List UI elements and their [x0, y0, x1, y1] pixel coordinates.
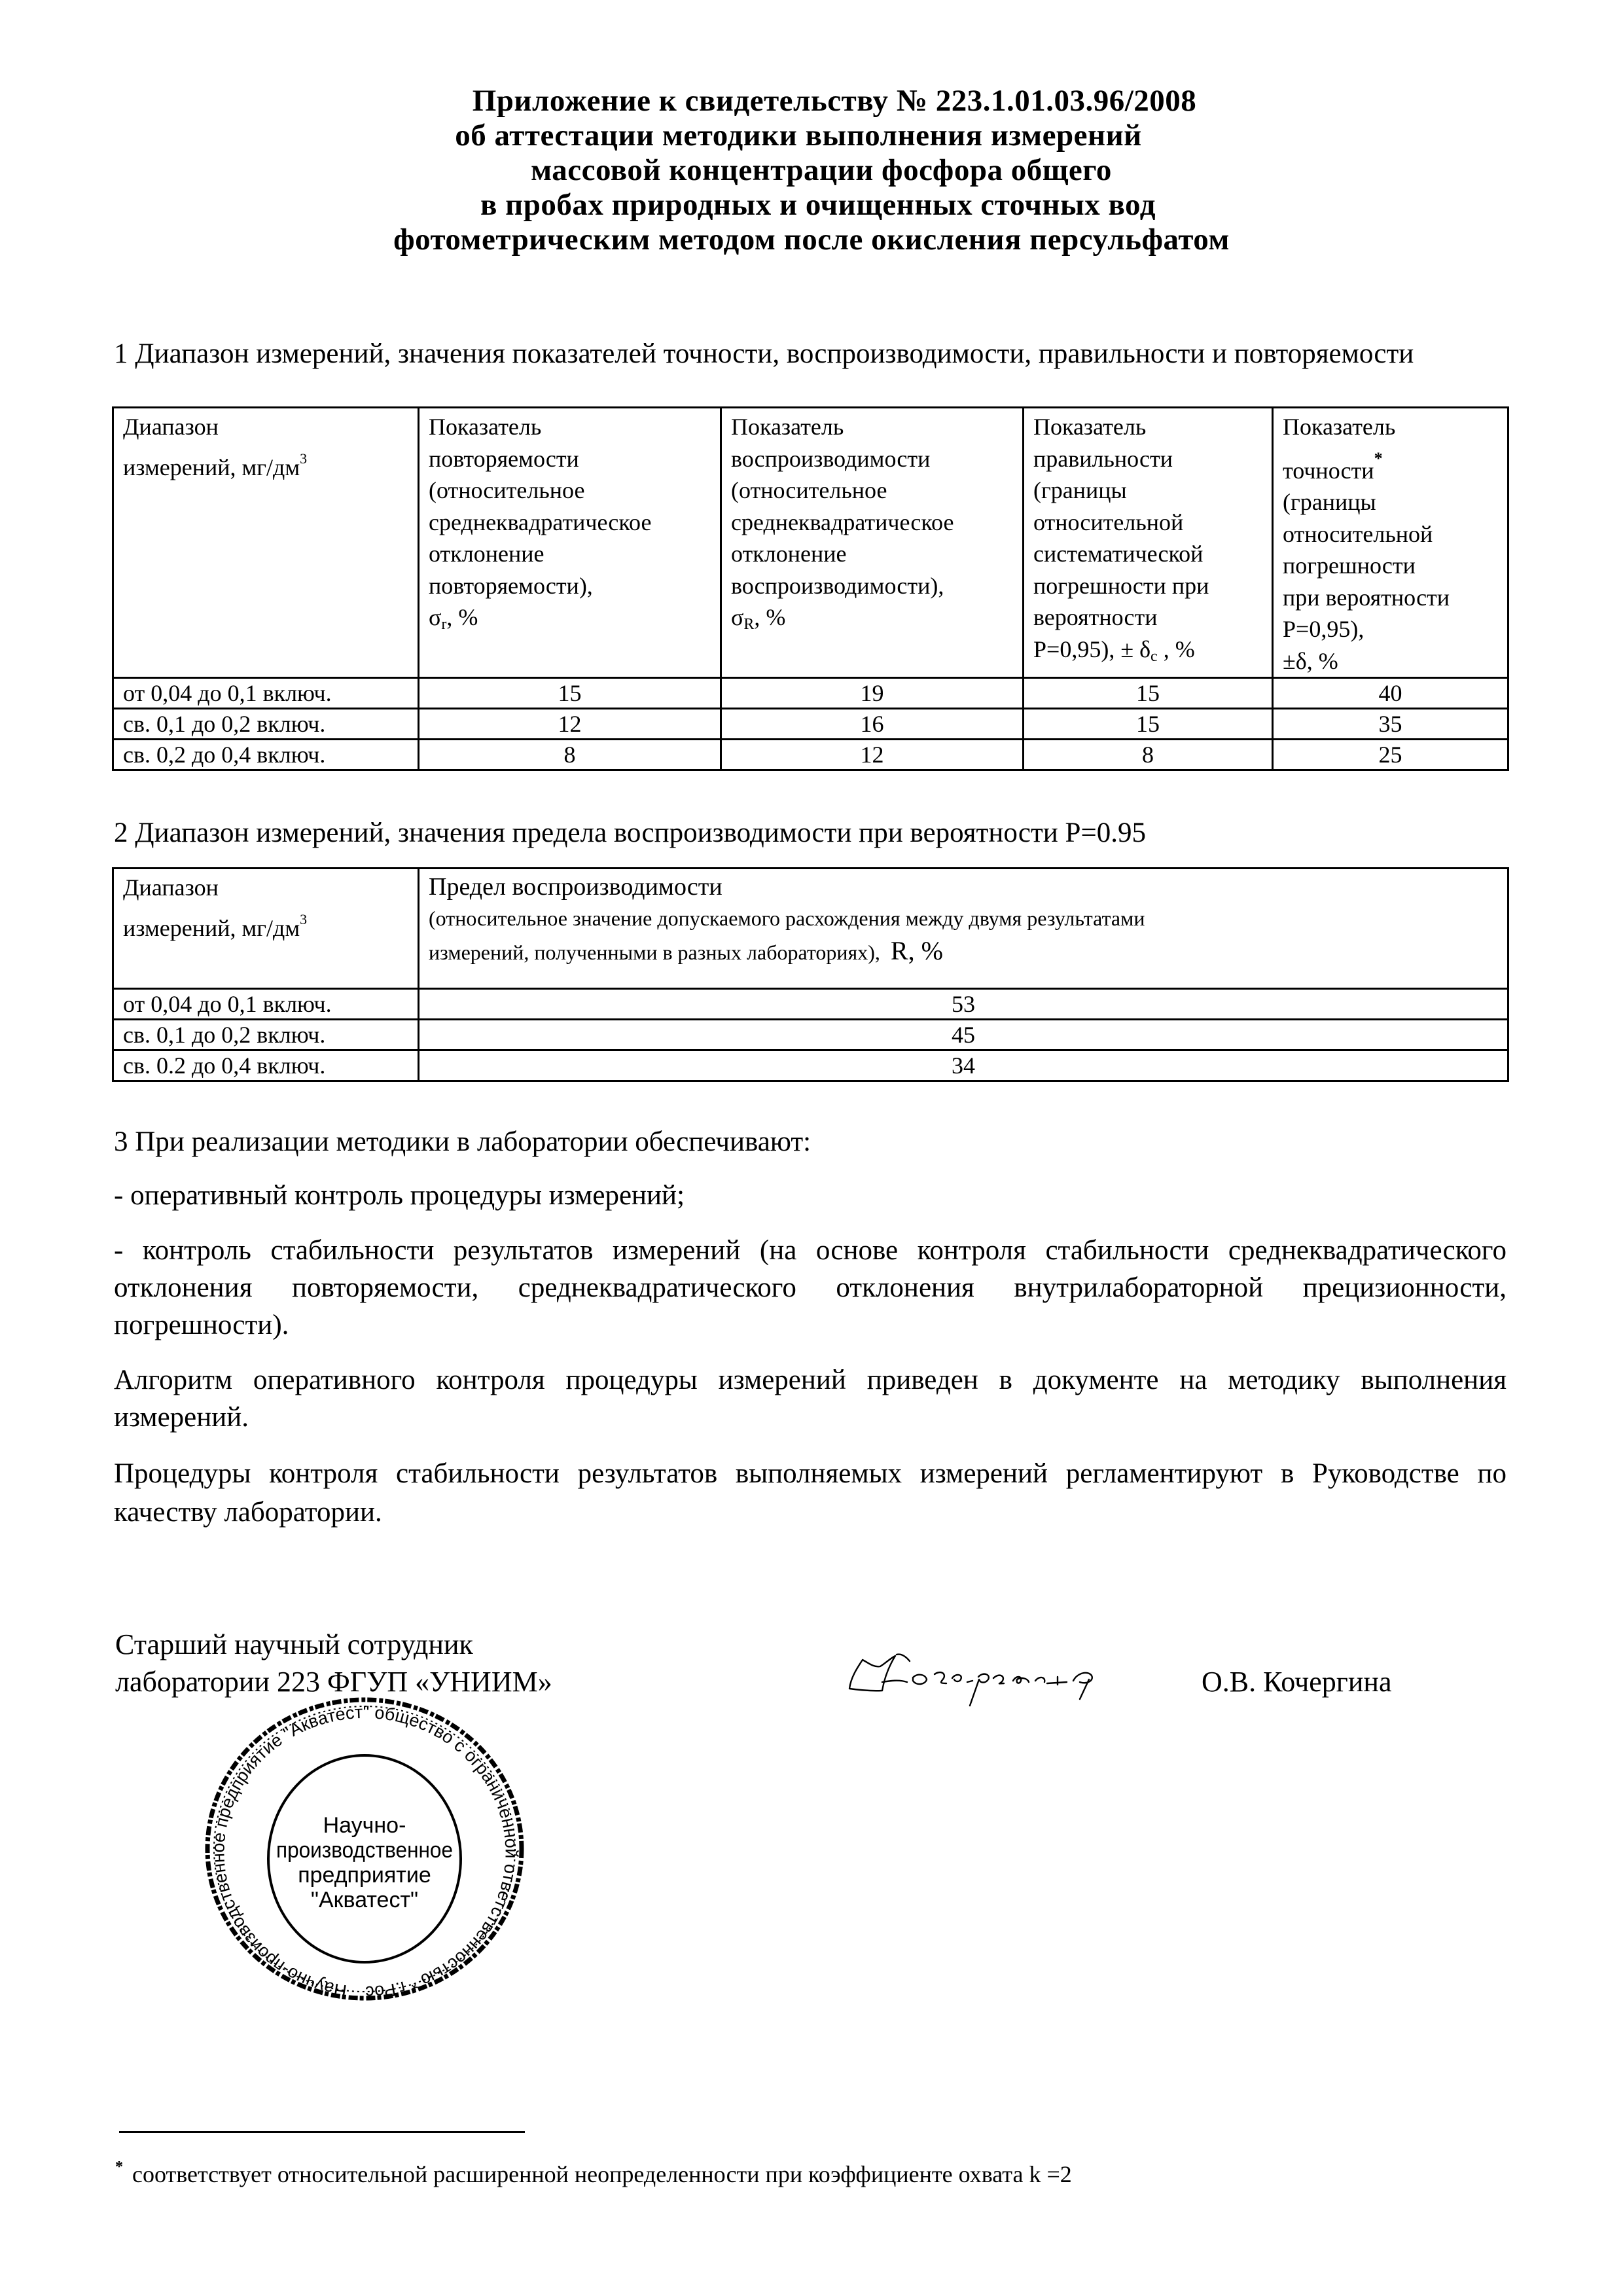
- bullet-operational-control: - оперативный контроль процедуры измерен…: [114, 1178, 1507, 1213]
- header-line: отклонение: [429, 538, 720, 570]
- signer-position: Старший научный сотрудник лаборатории 22…: [115, 1626, 552, 1700]
- limit-title: Предел воспроизводимости: [429, 872, 1507, 902]
- header-line: (границы: [1033, 475, 1272, 507]
- title-line-2: об аттестации методики выполнения измере…: [0, 118, 1623, 153]
- footnote: *соответствует относительной расширенной…: [115, 2152, 1072, 2189]
- document-title: Приложение к свидетельству № 223.1.01.03…: [0, 84, 1623, 257]
- footnote-text: соответствует относительной расширенной …: [132, 2161, 1072, 2187]
- header-line: отклонение: [731, 538, 1022, 570]
- reproducibility-limit-table: Диапазон измерений, мг/дм3 Предел воспро…: [112, 867, 1509, 1082]
- range-cell: св. 0.2 до 0,4 включ.: [113, 1050, 419, 1081]
- stamp-center-line: производственное: [276, 1838, 453, 1863]
- header-line: (относительное: [429, 475, 720, 507]
- range-cell: св. 0,1 до 0,2 включ.: [113, 709, 419, 740]
- header-line: погрешности при: [1033, 570, 1272, 602]
- accuracy-table: Диапазон измерений, мг/дм3 Показательпов…: [112, 406, 1509, 771]
- handwritten-signature-icon: [844, 1641, 1145, 1707]
- range-cell: от 0,04 до 0,1 включ.: [113, 989, 419, 1020]
- value-cell: 12: [419, 709, 721, 740]
- range-cell: св. 0,1 до 0,2 включ.: [113, 1020, 419, 1050]
- range-cell: св. 0,2 до 0,4 включ.: [113, 740, 419, 770]
- paragraph-algorithm: Алгоритм оперативного контроля процедуры…: [114, 1361, 1507, 1436]
- symbol-sigma-R: σR, %: [731, 601, 1022, 641]
- symbol-sigma-r: σr, %: [429, 601, 720, 641]
- bullet-stability-control: - контроль стабильности результатов изме…: [114, 1232, 1507, 1344]
- header-line: (относительное: [731, 475, 1022, 507]
- header-accuracy-line: точности*: [1283, 443, 1507, 487]
- header-range-line: измерений, мг/дм3: [123, 904, 418, 944]
- header-range-line: Диапазон: [123, 411, 418, 443]
- stamp-center-line: "Акватест": [311, 1888, 418, 1912]
- header-line: относительной: [1283, 518, 1507, 550]
- footnote-separator: [119, 2131, 525, 2133]
- section-2-heading: 2 Диапазон измерений, значения предела в…: [114, 816, 1507, 851]
- header-line: Показатель: [1033, 411, 1272, 443]
- header-line: среднеквадратическое: [731, 507, 1022, 539]
- table-row: от 0,04 до 0,1 включ.53: [113, 989, 1508, 1020]
- value-cell: 16: [721, 709, 1024, 740]
- header-line: повторяемости: [429, 443, 720, 475]
- symbol-delta: ±δ, %: [1283, 645, 1507, 677]
- header-line: погрешности: [1283, 550, 1507, 582]
- stamp-center-line: Научно-: [323, 1813, 406, 1838]
- section-1-heading: 1 Диапазон измерений, значения показател…: [114, 336, 1507, 372]
- header-repeatability: Показательповторяемости(относительноесре…: [419, 408, 721, 678]
- value-cell: 45: [419, 1020, 1508, 1050]
- title-line-1: Приложение к свидетельству № 223.1.01.03…: [46, 84, 1623, 118]
- value-cell: 15: [1024, 678, 1273, 709]
- header-limit: Предел воспроизводимости (относительное …: [419, 869, 1508, 989]
- header-line: P=0,95),: [1283, 613, 1507, 645]
- header-trueness: Показательправильности(границыотноситель…: [1024, 408, 1273, 678]
- header-line: воспроизводимости),: [731, 570, 1022, 602]
- header-accuracy-line: Показатель: [1283, 411, 1507, 443]
- header-range: Диапазон измерений, мг/дм3: [113, 869, 419, 989]
- value-cell: 53: [419, 989, 1508, 1020]
- header-line: (границы: [1283, 486, 1507, 518]
- organization-stamp-icon: Научно-производственное предприятие "Акв…: [203, 1695, 527, 2003]
- limit-desc: измерений, полученными в разных лаборато…: [429, 935, 1507, 969]
- table-row: от 0,04 до 0,1 включ.15191540: [113, 678, 1508, 709]
- value-cell: 35: [1273, 709, 1508, 740]
- table-row: св. 0,1 до 0,2 включ.12161535: [113, 709, 1508, 740]
- accuracy-table-header: Диапазон измерений, мг/дм3 Показательпов…: [113, 408, 1508, 678]
- header-accuracy: Показатель точности* (границыотносительн…: [1273, 408, 1508, 678]
- header-line: относительной: [1033, 507, 1272, 539]
- signer-name: О.В. Кочергина: [1202, 1663, 1391, 1700]
- paragraph-procedures: Процедуры контроля стабильности результа…: [114, 1454, 1507, 1532]
- title-line-5: фотометрическим методом после окисления …: [0, 223, 1623, 257]
- signer-position-line: Старший научный сотрудник: [115, 1626, 552, 1663]
- header-line: вероятности: [1033, 601, 1272, 634]
- footnote-mark: *: [1374, 449, 1383, 468]
- table-row: св. 0.2 до 0,4 включ.34: [113, 1050, 1508, 1081]
- title-line-4: в пробах природных и очищенных сточных в…: [13, 188, 1623, 223]
- header-line: среднеквадратическое: [429, 507, 720, 539]
- value-cell: 19: [721, 678, 1024, 709]
- stamp-center-line: предприятие: [298, 1863, 431, 1888]
- header-line: правильности: [1033, 443, 1272, 475]
- value-cell: 40: [1273, 678, 1508, 709]
- header-line: Показатель: [429, 411, 720, 443]
- value-cell: 8: [1024, 740, 1273, 770]
- section-3-heading: 3 При реализации методики в лаборатории …: [114, 1124, 1507, 1160]
- value-cell: 34: [419, 1050, 1508, 1081]
- title-line-3: массовой концентрации фосфора общего: [20, 153, 1623, 188]
- value-cell: 15: [419, 678, 721, 709]
- header-line: повторяемости),: [429, 570, 720, 602]
- header-line: воспроизводимости: [731, 443, 1022, 475]
- header-reproducibility: Показательвоспроизводимости(относительно…: [721, 408, 1024, 678]
- value-cell: 12: [721, 740, 1024, 770]
- header-range-line: Диапазон: [123, 872, 418, 904]
- value-cell: 15: [1024, 709, 1273, 740]
- table-row: св. 0,2 до 0,4 включ.812825: [113, 740, 1508, 770]
- header-range-line: измерений, мг/дм3: [123, 443, 418, 484]
- header-line: систематической: [1033, 538, 1272, 570]
- header-range: Диапазон измерений, мг/дм3: [113, 408, 419, 678]
- limit-desc: (относительное значение допускаемого рас…: [429, 902, 1507, 935]
- range-cell: от 0,04 до 0,1 включ.: [113, 678, 419, 709]
- symbol-delta-c: P=0,95), ± δc , %: [1033, 634, 1272, 673]
- header-line: Показатель: [731, 411, 1022, 443]
- header-line: при вероятности: [1283, 582, 1507, 614]
- value-cell: 25: [1273, 740, 1508, 770]
- value-cell: 8: [419, 740, 721, 770]
- footnote-mark: *: [115, 2159, 123, 2176]
- table-row: св. 0,1 до 0,2 включ.45: [113, 1020, 1508, 1050]
- limit-table-header: Диапазон измерений, мг/дм3 Предел воспро…: [113, 869, 1508, 989]
